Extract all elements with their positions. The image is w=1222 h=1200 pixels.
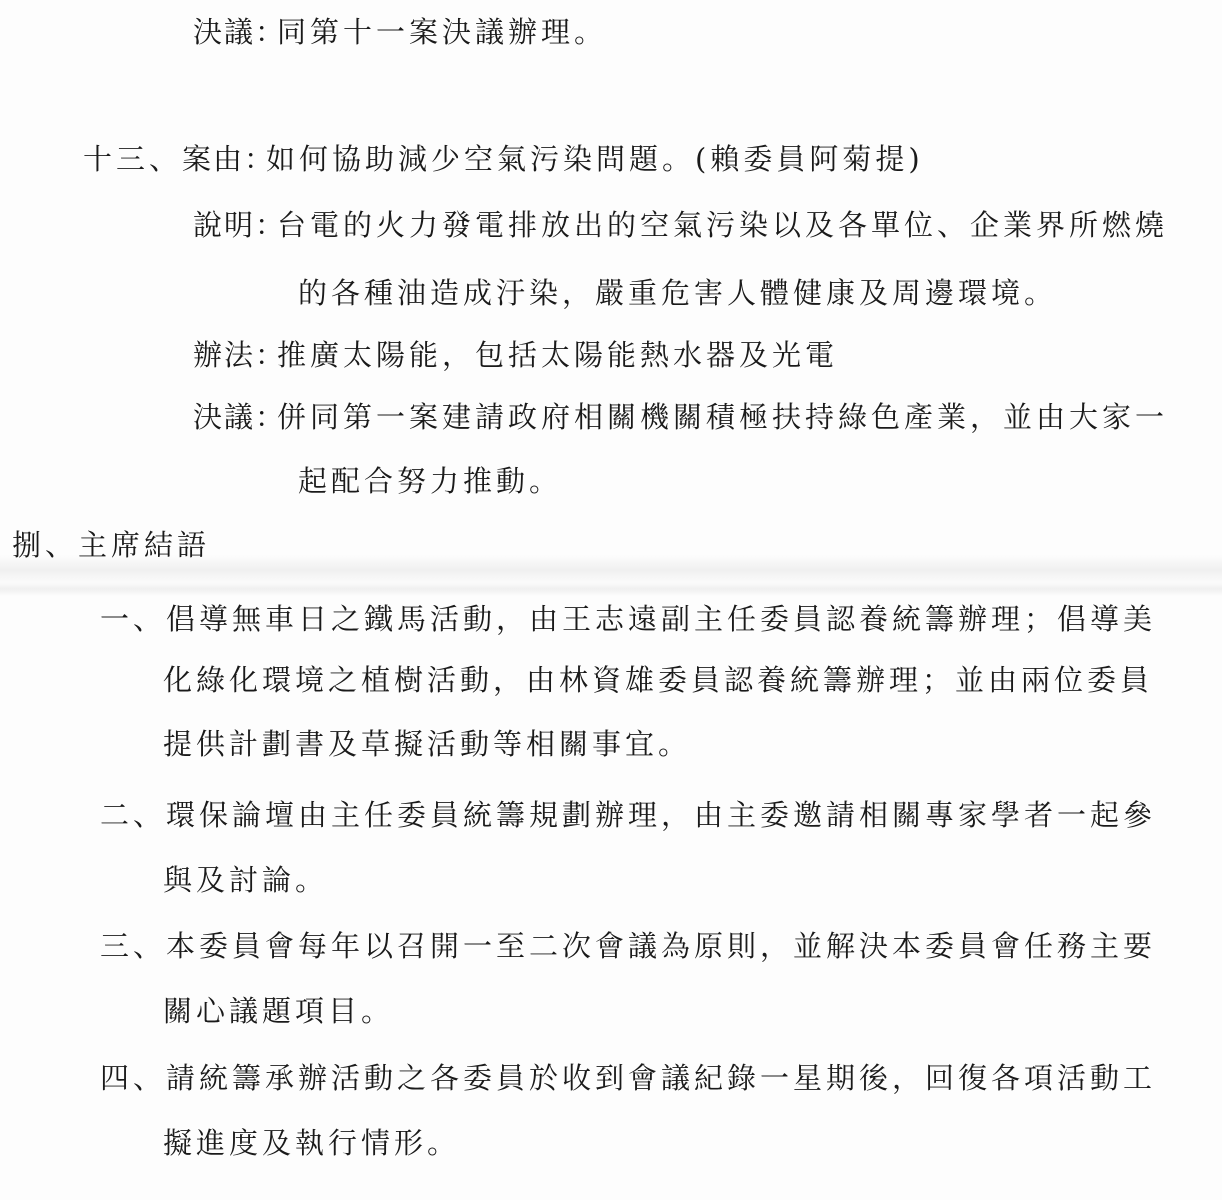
explanation-text-line2: 的各種油造成汙染，嚴重危害人體健康及周邊環境。 [298, 276, 1057, 310]
section8-item-3: 三、本委員會每年以召開一至二次會議為原則，並解決本委員會任務主要 [100, 928, 1156, 964]
section8-item-1-line2: 化綠化環境之植樹活動，由林資雄委員認養統籌辦理；並由兩位委員 [163, 662, 1153, 698]
item13-resolution-continued: 起配合努力推動。 [298, 463, 562, 499]
explanation-label: 說明 [193, 208, 255, 242]
section8-item-2: 二、環保論壇由主任委員統籌規劃辦理，由主委邀請相關專家學者一起參 [100, 797, 1156, 833]
resolution-label: 決議 [193, 15, 255, 49]
item-number: 三、 [100, 929, 166, 963]
item12-resolution: 決議：同第十一案決議辦理。 [193, 14, 607, 50]
item13-method: 辦法：推廣太陽能，包括太陽能熱水器及光電 [193, 337, 838, 373]
explanation-text-line1: 台電的火力發電排放出的空氣污染以及各單位、企業界所燃燒 [277, 208, 1168, 242]
section8-item-1-line3: 提供計劃書及草擬活動等相關事宜。 [163, 726, 691, 762]
item-number: 一、 [100, 602, 166, 636]
item-number: 十三、 [83, 142, 182, 176]
resolution-text-line2: 起配合努力推動。 [298, 464, 562, 498]
method-text: 推廣太陽能，包括太陽能熱水器及光電 [277, 338, 838, 372]
resolution-label: 決議 [193, 400, 255, 434]
section8-item-4-line2: 擬進度及執行情形。 [163, 1125, 460, 1161]
item13-resolution: 決議：併同第一案建請政府相關機關積極扶持綠色產業，並由大家一 [193, 399, 1168, 435]
subject-text: 如何協助減少空氣污染問題。(賴委員阿菊提) [266, 142, 924, 176]
section8-item-2-line2: 與及討論。 [163, 862, 328, 898]
resolution-text: 同第十一案決議辦理。 [277, 15, 607, 49]
section8-item-1: 一、倡導無車日之鐵馬活動，由王志遠副主任委員認養統籌辦理；倡導美 [100, 601, 1156, 637]
item13-explanation: 說明：台電的火力發電排放出的空氣污染以及各單位、企業界所燃燒 [193, 207, 1168, 243]
method-label: 辦法 [193, 338, 255, 372]
resolution-text-line1: 併同第一案建請政府相關機關積極扶持綠色產業，並由大家一 [277, 400, 1168, 434]
item13-subject: 十三、案由：如何協助減少空氣污染問題。(賴委員阿菊提) [83, 141, 924, 177]
subject-label: 案由 [182, 142, 244, 176]
item-number: 四、 [100, 1061, 166, 1095]
scan-artifact [0, 582, 1222, 596]
item-number: 二、 [100, 798, 166, 832]
section8-item-3-line2: 關心議題項目。 [163, 993, 394, 1029]
section8-heading: 捌、主席結語 [12, 527, 210, 563]
section8-item-4: 四、請統籌承辦活動之各委員於收到會議紀錄一星期後，回復各項活動工 [100, 1060, 1156, 1096]
scanned-document-page: 決議：同第十一案決議辦理。 十三、案由：如何協助減少空氣污染問題。(賴委員阿菊提… [0, 0, 1222, 1200]
item13-explanation-continued: 的各種油造成汙染，嚴重危害人體健康及周邊環境。 [298, 275, 1057, 311]
